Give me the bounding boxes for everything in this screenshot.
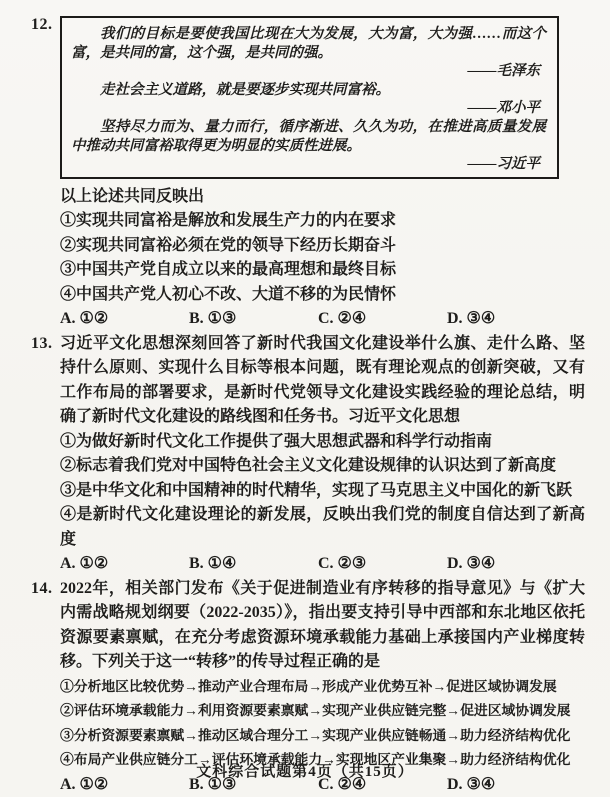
question-13-option-3: ③是中华文化和中国精神的时代精华，实现了马克思主义中国化的新飞跃 bbox=[60, 479, 585, 504]
page-content: 12. 我们的目标是要使我国比现在大为发展，大为富，大为强……而这个富，是共同的… bbox=[0, 0, 610, 797]
question-12-choice-d: D. ③④ bbox=[447, 307, 495, 332]
exam-page: 12. 我们的目标是要使我国比现在大为发展，大为富，大为强……而这个富，是共同的… bbox=[0, 0, 610, 797]
question-13-choice-c: C. ②③ bbox=[318, 552, 447, 577]
question-12-option-1: ①实现共同富裕是解放和发展生产力的内在要求 bbox=[60, 209, 585, 234]
question-14-number: 14. bbox=[31, 577, 60, 602]
question-13-body: 习近平文化思想深刻回答了新时代我国文化建设举什么旗、走什么路、坚持什么原则、实现… bbox=[60, 332, 585, 577]
question-12-choice-a: A. ①② bbox=[60, 307, 189, 332]
question-14-option-2: ②评估环境承载能力→利用资源要素禀赋→实现产业供应链完整→促进区域协调发展 bbox=[60, 699, 585, 724]
question-12-stem: 以上论述共同反映出 bbox=[60, 185, 585, 210]
question-12-option-2: ②实现共同富裕必须在党的领导下经历长期奋斗 bbox=[60, 234, 585, 259]
question-14-stem: 2022年，相关部门发布《关于促进制造业有序转移的指导意见》与《扩大内需战略规划… bbox=[60, 577, 585, 675]
question-13-choice-d: D. ③④ bbox=[447, 552, 495, 577]
question-12-choice-b: B. ①③ bbox=[189, 307, 318, 332]
question-13-option-4: ④是新时代文化建设理论的新发展，反映出我们党的制度自信达到了新高度 bbox=[60, 503, 585, 552]
question-13-stem: 习近平文化思想深刻回答了新时代我国文化建设举什么旗、走什么路、坚持什么原则、实现… bbox=[60, 332, 585, 430]
question-12: 12. 我们的目标是要使我国比现在大为发展，大为富，大为强……而这个富，是共同的… bbox=[31, 13, 585, 332]
question-12-number: 12. bbox=[31, 13, 60, 38]
question-13-option-1: ①为做好新时代文化工作提供了强大思想武器和科学行动指南 bbox=[60, 430, 585, 455]
quote-2-author: ——邓小平 bbox=[71, 99, 546, 118]
question-13-number: 13. bbox=[31, 332, 60, 357]
quote-1-author: ——毛泽东 bbox=[71, 62, 546, 81]
question-13-choice-b: B. ①④ bbox=[189, 552, 318, 577]
quote-3-author: ——习近平 bbox=[71, 155, 546, 174]
question-12-option-4: ④中国共产党人初心不改、大道不移的为民情怀 bbox=[60, 283, 585, 308]
question-13: 13. 习近平文化思想深刻回答了新时代我国文化建设举什么旗、走什么路、坚持什么原… bbox=[31, 332, 585, 577]
quote-1-text: 我们的目标是要使我国比现在大为发展，大为富，大为强……而这个富，是共同的富，这个… bbox=[71, 25, 546, 62]
question-13-choice-a: A. ①② bbox=[60, 552, 189, 577]
question-14-option-1: ①分析地区比较优势→推动产业合理布局→形成产业优势互补→促进区域协调发展 bbox=[60, 675, 585, 700]
question-12-choice-c: C. ②④ bbox=[318, 307, 447, 332]
question-12-choices: A. ①② B. ①③ C. ②④ D. ③④ bbox=[60, 307, 585, 332]
question-12-quote-box: 我们的目标是要使我国比现在大为发展，大为富，大为强……而这个富，是共同的富，这个… bbox=[60, 16, 559, 179]
quote-2-text: 走社会主义道路，就是要逐步实现共同富裕。 bbox=[71, 81, 546, 100]
question-14-option-3: ③分析资源要素禀赋→推动区域合理分工→实现产业供应链畅通→助力经济结构优化 bbox=[60, 724, 585, 749]
question-13-option-2: ②标志着我们党对中国特色社会主义文化建设规律的认识达到了新高度 bbox=[60, 454, 585, 479]
question-12-option-3: ③中国共产党自成立以来的最高理想和最终目标 bbox=[60, 258, 585, 283]
page-footer: 文科综合试题第4页（共15页） bbox=[0, 760, 610, 785]
quote-3-text: 坚持尽力而为、量力而行，循序渐进、久久为功，在推进高质量发展中推动共同富裕取得更… bbox=[71, 118, 546, 155]
question-13-choices: A. ①② B. ①④ C. ②③ D. ③④ bbox=[60, 552, 585, 577]
question-12-body: 我们的目标是要使我国比现在大为发展，大为富，大为强……而这个富，是共同的富，这个… bbox=[60, 13, 585, 332]
